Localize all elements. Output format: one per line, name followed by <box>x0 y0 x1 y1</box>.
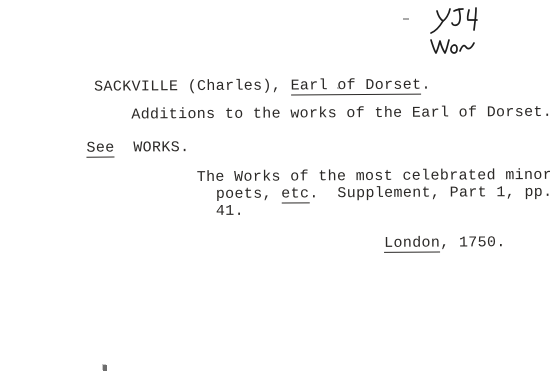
work-note-text-3: 41. <box>216 203 244 220</box>
handwritten-shelfmark <box>425 4 503 66</box>
shelfmark-line-1 <box>431 8 477 33</box>
work-note-etc-underlined: etc <box>281 185 309 203</box>
work-note-line-3: 41. <box>160 185 245 240</box>
scan-speck-dash <box>403 18 409 20</box>
imprint-line: London, 1750. <box>328 216 506 271</box>
scan-speck-dot <box>337 87 339 89</box>
imprint-date: , 1750. <box>440 234 506 251</box>
shelfmark-line-2 <box>431 40 474 53</box>
subtitle-text: Additions to the works of the Earl of Do… <box>131 104 550 124</box>
imprint-place-underlined: London <box>384 235 440 253</box>
see-label-underlined: See <box>86 140 114 158</box>
catalogue-card: SACKVILLE (Charles), Earl of Dorset. Add… <box>0 0 550 374</box>
work-note-text-2b: . Supplement, Part 1, pp. 40- <box>309 184 550 203</box>
scan-speck-bottom <box>103 365 107 371</box>
